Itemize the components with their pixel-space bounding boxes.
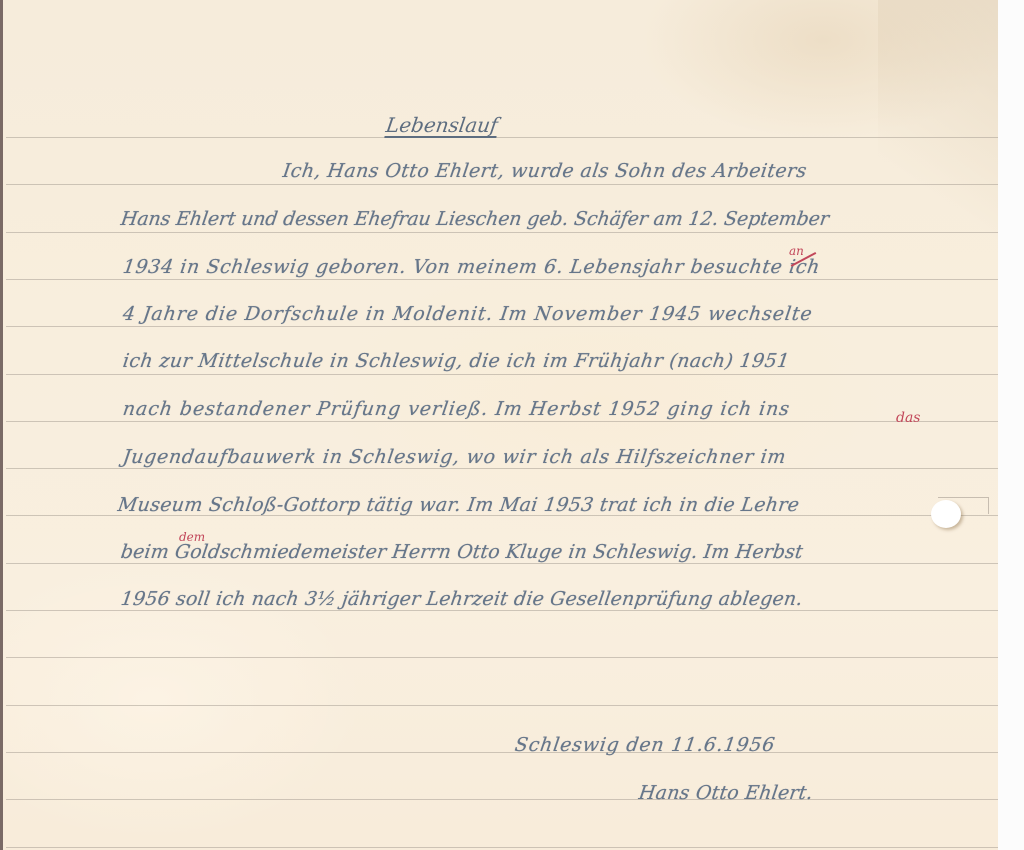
correction-dem: dem: [179, 530, 205, 544]
text-line-2: Hans Ehlert und dessen Ehefrau Lieschen …: [119, 208, 830, 230]
text-line-5: ich zur Mittelschule in Schleswig, die i…: [121, 350, 791, 372]
text-line-7: Jugendaufbauwerk in Schleswig, wo wir ic…: [121, 446, 787, 468]
ruled-line: [6, 705, 1001, 706]
text-line-9: beim Goldschmiedemeister Herrn Otto Klug…: [119, 541, 804, 563]
place-and-date: Schleswig den 11.6.1956: [513, 734, 776, 756]
text-line-6: nach bestandener Prüfung verließ. Im Her…: [121, 398, 791, 420]
scan-margin: [998, 0, 1024, 850]
correction-an: an: [789, 244, 804, 258]
text-line-10: 1956 soll ich nach 3½ jähriger Lehrzeit …: [119, 588, 804, 610]
scanned-page: Lebenslauf Ich, Hans Otto Ehlert, wurde …: [0, 0, 1024, 850]
signature: Hans Otto Ehlert.: [637, 782, 814, 804]
ruled-line: [6, 847, 1001, 848]
correction-das: das: [896, 410, 921, 426]
paper-stain: [878, 0, 998, 320]
ruled-line: [6, 137, 1001, 138]
ruled-line: [6, 374, 1001, 375]
punch-hole: [931, 500, 961, 528]
ruled-line: [6, 326, 1001, 327]
ruled-line: [6, 657, 1001, 658]
text-line-8: Museum Schloß-Gottorp tätig war. Im Mai …: [116, 494, 800, 516]
ruled-line: [6, 232, 1001, 233]
document-title: Lebenslauf: [384, 114, 499, 138]
lined-paper-sheet: Lebenslauf Ich, Hans Otto Ehlert, wurde …: [0, 0, 998, 850]
ruled-line: [6, 421, 1001, 422]
ruled-line: [6, 563, 1001, 564]
ruled-line: [6, 752, 1001, 753]
ruled-line: [6, 184, 1001, 185]
ruled-line: [6, 279, 1001, 280]
text-line-1: Ich, Hans Otto Ehlert, wurde als Sohn de…: [281, 160, 808, 182]
ruled-line: [6, 799, 1001, 800]
text-line-4: 4 Jahre die Dorfschule in Moldenit. Im N…: [121, 303, 814, 325]
ruled-line: [6, 468, 1001, 469]
text-line-3: 1934 in Schleswig geboren. Von meinem 6.…: [121, 256, 821, 278]
ruled-line: [6, 610, 1001, 611]
